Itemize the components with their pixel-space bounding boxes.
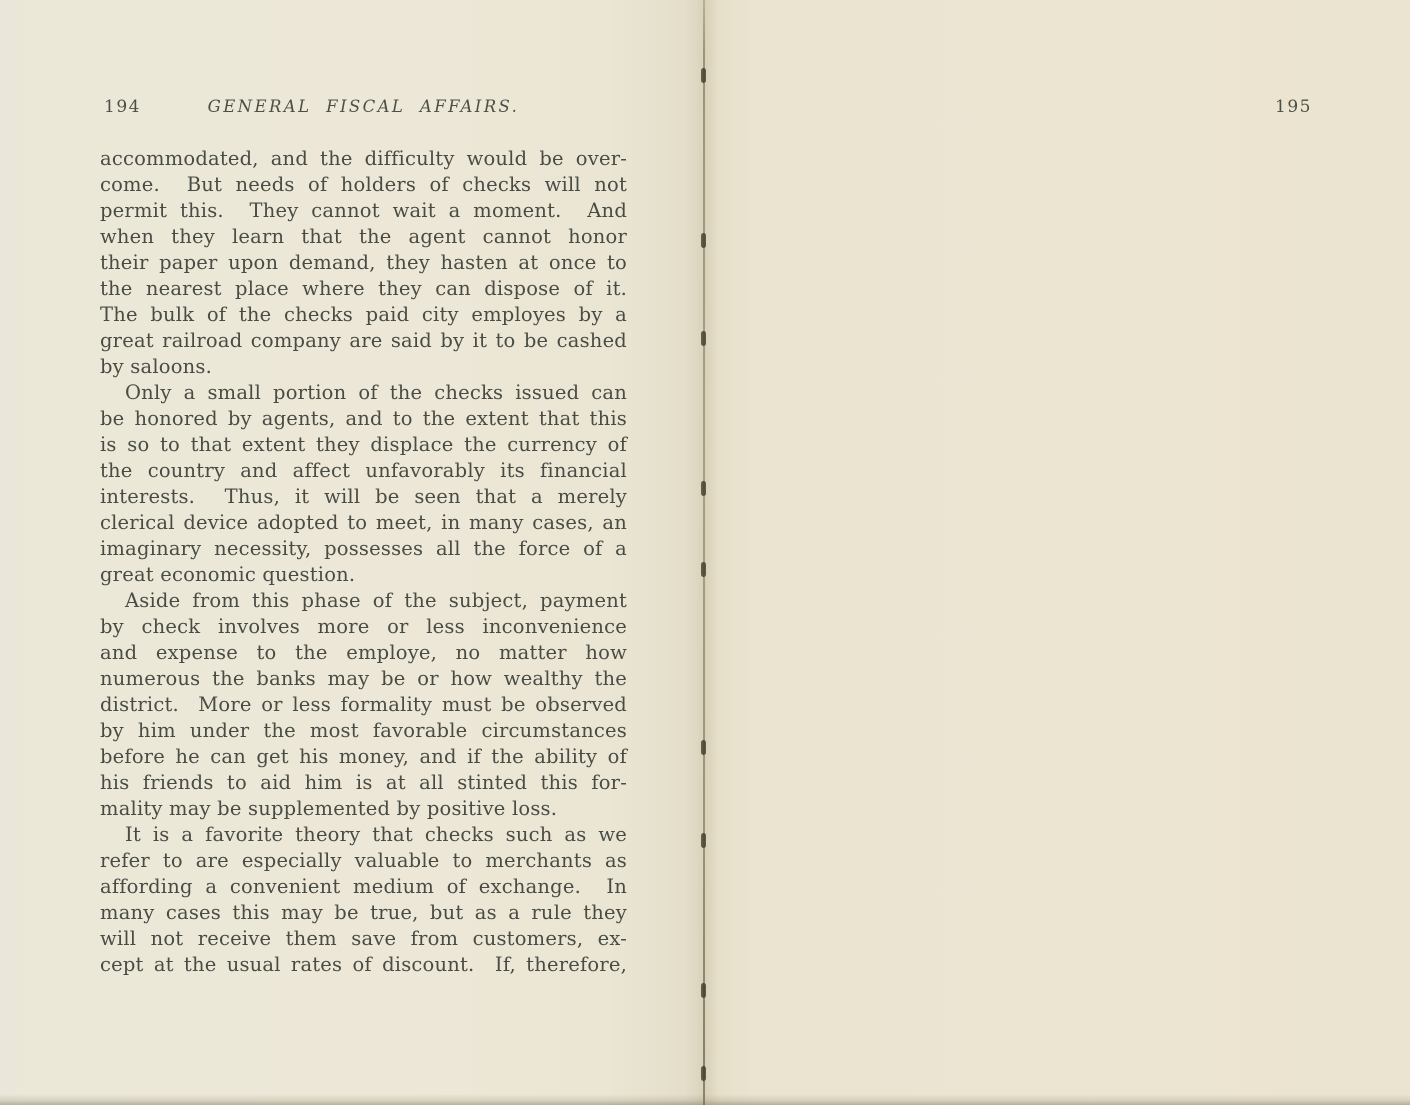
stitch-mark (701, 983, 706, 998)
stitch-mark (701, 1066, 706, 1081)
text-line: interests. Thus, it will be seen that a … (100, 484, 627, 510)
text-line: by saloons. (100, 354, 627, 380)
text-line: cept at the usual rates of discount. If,… (100, 952, 627, 978)
running-head-left: GENERAL FISCAL AFFAIRS. (100, 97, 627, 116)
stitch-mark (701, 740, 706, 755)
text-line: the country and affect unfavorably its f… (100, 458, 627, 484)
text-line: numerous the banks may be or how wealthy… (100, 666, 627, 692)
text-line: by him under the most favorable circumst… (100, 718, 627, 744)
text-line: affording a convenient medium of exchang… (100, 874, 627, 900)
stitch-mark (701, 331, 706, 346)
binding-gutter (703, 0, 705, 1105)
text-line: Only a small portion of the checks issue… (100, 380, 627, 406)
page-left: 194 GENERAL FISCAL AFFAIRS. accommodated… (0, 0, 705, 1105)
text-line: Aside from this phase of the subject, pa… (100, 588, 627, 614)
text-line: great economic question. (100, 562, 627, 588)
stitch-mark (701, 833, 706, 848)
text-line: before he can get his money, and if the … (100, 744, 627, 770)
text-line: clerical device adopted to meet, in many… (100, 510, 627, 536)
text-line: his friends to aid him is at all stinted… (100, 770, 627, 796)
text-line: permit this. They cannot wait a moment. … (100, 198, 627, 224)
text-line: when they learn that the agent cannot ho… (100, 224, 627, 250)
text-line: The bulk of the checks paid city employe… (100, 302, 627, 328)
text-line: imaginary necessity, possesses all the f… (100, 536, 627, 562)
text-line: is so to that extent they displace the c… (100, 432, 627, 458)
page-number-right: 195 (1275, 97, 1312, 117)
text-line: by check involves more or less inconveni… (100, 614, 627, 640)
text-line: their paper upon demand, they hasten at … (100, 250, 627, 276)
text-line: many cases this may be true, but as a ru… (100, 900, 627, 926)
book-spread: 194 GENERAL FISCAL AFFAIRS. accommodated… (0, 0, 1410, 1105)
text-line: the nearest place where they can dispose… (100, 276, 627, 302)
page-right: PAYMENT OF WAGES. 195 an employe has no … (705, 0, 1410, 1105)
text-line: It is a favorite theory that checks such… (100, 822, 627, 848)
text-line: refer to are especially valuable to merc… (100, 848, 627, 874)
text-line: mality may be supplemented by positive l… (100, 796, 627, 822)
stitch-mark (701, 68, 706, 83)
stitch-mark (701, 233, 706, 248)
stitch-mark (701, 562, 706, 577)
page-body-left: accommodated, and the difficulty would b… (100, 146, 627, 978)
text-line: district. More or less formality must be… (100, 692, 627, 718)
text-line: come. But needs of holders of checks wil… (100, 172, 627, 198)
text-line: and expense to the employe, no matter ho… (100, 640, 627, 666)
text-line: will not receive them save from customer… (100, 926, 627, 952)
text-line: great railroad company are said by it to… (100, 328, 627, 354)
stitch-mark (701, 481, 706, 496)
text-line: accommodated, and the difficulty would b… (100, 146, 627, 172)
text-line: be honored by agents, and to the extent … (100, 406, 627, 432)
